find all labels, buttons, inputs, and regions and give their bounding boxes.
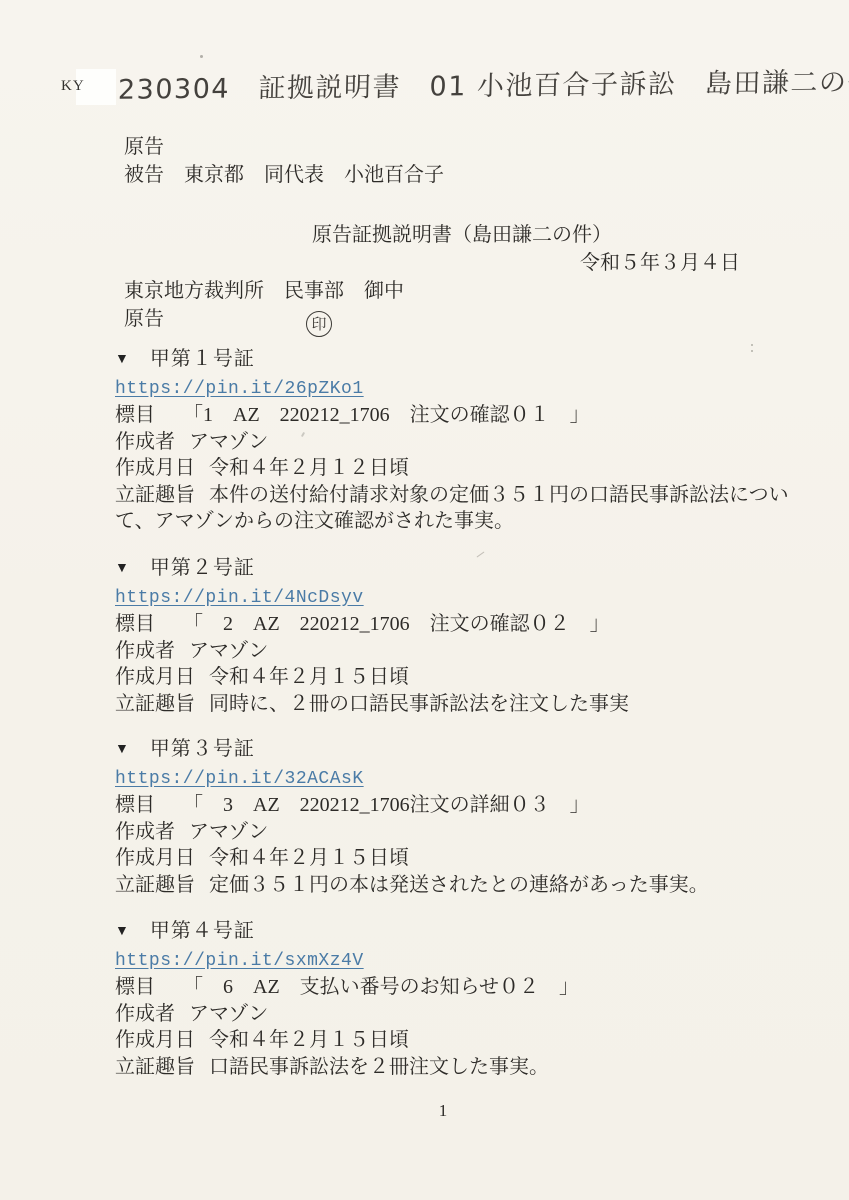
field-label: 作成月日 bbox=[115, 666, 195, 688]
field-label: 作成者 bbox=[115, 821, 175, 843]
field-label: 立証趣旨 bbox=[115, 484, 195, 506]
evidence-number: 甲第１号証 bbox=[150, 348, 255, 370]
scan-speck bbox=[751, 350, 753, 352]
evidence-number: 甲第３号証 bbox=[150, 738, 255, 760]
field-value: 令和４年２月１５日頃 bbox=[209, 666, 409, 688]
field-label: 作成者 bbox=[115, 1003, 175, 1025]
field-value: アマゾン bbox=[189, 640, 268, 662]
field-value: 令和４年２月１５日頃 bbox=[209, 847, 409, 869]
evidence-number: 甲第４号証 bbox=[150, 920, 255, 942]
field-value: 定価３５１円の本は発送されたとの連絡があった事実。 bbox=[209, 874, 709, 896]
field-label: 標目 bbox=[115, 404, 155, 426]
field-row-date: 作成月日令和４年２月１５日頃 bbox=[115, 1027, 823, 1054]
evidence-header: ▼甲第１号証 bbox=[115, 346, 823, 374]
field-value: 「 2 AZ 220212_1706 注文の確認０２ 」 bbox=[183, 613, 610, 635]
triangle-marker-icon: ▼ bbox=[115, 924, 129, 939]
seal-stamp-icon: 印 bbox=[306, 311, 332, 337]
field-value: 令和４年２月１２日頃 bbox=[209, 457, 409, 479]
field-label: 立証趣旨 bbox=[115, 874, 195, 896]
page-number: 1 bbox=[115, 1101, 771, 1121]
scan-speck bbox=[200, 55, 203, 58]
signer-line: 原告印 bbox=[124, 302, 332, 337]
evidence-header: ▼甲第２号証 bbox=[115, 555, 823, 583]
field-row-title: 標目「1 AZ 220212_1706 注文の確認０１ 」 bbox=[115, 402, 823, 429]
field-value: アマゾン bbox=[189, 431, 268, 453]
scanned-document: { "scan_header": { "stamp": "KY", "handw… bbox=[0, 0, 849, 1200]
evidence-section-4: ▼甲第４号証 https://pin.it/sxmXz4V 標目「 6 AZ 支… bbox=[115, 918, 823, 1080]
party-plaintiff-line: 原告 bbox=[124, 136, 164, 158]
evidence-url-link[interactable]: https://pin.it/4NcDsyv bbox=[115, 588, 364, 608]
field-value: アマゾン bbox=[189, 1003, 268, 1025]
evidence-link-row: https://pin.it/sxmXz4V bbox=[115, 946, 823, 975]
field-value: 本件の送付給付請求対象の定価３５１円の口語民事訴訟法について、アマゾンからの注文… bbox=[115, 484, 789, 533]
evidence-section-1: ▼甲第１号証 https://pin.it/26pZKo1 標目「1 AZ 22… bbox=[115, 346, 823, 535]
field-row-purpose: 立証趣旨同時に、２冊の口語民事訴訟法を注文した事実 bbox=[115, 691, 823, 718]
evidence-url-link[interactable]: https://pin.it/32ACAsK bbox=[115, 769, 364, 789]
signer-label: 原告 bbox=[124, 308, 164, 330]
field-label: 標目 bbox=[115, 976, 155, 998]
field-value: 同時に、２冊の口語民事訴訟法を注文した事実 bbox=[209, 693, 629, 715]
field-row-purpose: 立証趣旨口語民事訴訟法を２冊注文した事実。 bbox=[115, 1054, 823, 1081]
field-label: 作成月日 bbox=[115, 1029, 195, 1051]
field-row-purpose: 立証趣旨本件の送付給付請求対象の定価３５１円の口語民事訴訟法について、アマゾンか… bbox=[115, 482, 823, 535]
evidence-section-3: ▼甲第３号証 https://pin.it/32ACAsK 標目「 3 AZ 2… bbox=[115, 736, 823, 898]
evidence-number: 甲第２号証 bbox=[150, 557, 255, 579]
field-label: 標目 bbox=[115, 613, 155, 635]
field-row-title: 標目「 6 AZ 支払い番号のお知らせ０２ 」 bbox=[115, 974, 823, 1001]
addressee-line: 東京地方裁判所 民事部 御中 bbox=[124, 274, 404, 303]
field-value: 「1 AZ 220212_1706 注文の確認０１ 」 bbox=[183, 404, 590, 426]
handwritten-file-title: 230304 証拠説明書 01 小池百合子訴訟 島田謙二の件 bbox=[118, 60, 839, 107]
field-row-author: 作成者アマゾン bbox=[115, 1001, 823, 1028]
field-row-author: 作成者アマゾン bbox=[115, 429, 823, 456]
evidence-url-link[interactable]: https://pin.it/26pZKo1 bbox=[115, 379, 364, 399]
evidence-link-row: https://pin.it/32ACAsK bbox=[115, 764, 823, 793]
document-page: KY 230304 証拠説明書 01 小池百合子訴訟 島田謙二の件 原告 被告 … bbox=[0, 0, 849, 1200]
field-label: 作成者 bbox=[115, 640, 175, 662]
field-value: 令和４年２月１５日頃 bbox=[209, 1029, 409, 1051]
field-row-date: 作成月日令和４年２月１５日頃 bbox=[115, 664, 823, 691]
evidence-header: ▼甲第３号証 bbox=[115, 736, 823, 764]
evidence-url-link[interactable]: https://pin.it/sxmXz4V bbox=[115, 951, 364, 971]
field-label: 作成月日 bbox=[115, 457, 195, 479]
field-row-title: 標目「 2 AZ 220212_1706 注文の確認０２ 」 bbox=[115, 611, 823, 638]
field-row-date: 作成月日令和４年２月１５日頃 bbox=[115, 845, 823, 872]
document-title: 原告証拠説明書（島田謙二の件） bbox=[124, 218, 800, 247]
field-value: 「 3 AZ 220212_1706注文の詳細０３ 」 bbox=[183, 794, 590, 816]
evidence-header: ▼甲第４号証 bbox=[115, 918, 823, 946]
field-value: 「 6 AZ 支払い番号のお知らせ０２ 」 bbox=[183, 976, 579, 998]
evidence-link-row: https://pin.it/26pZKo1 bbox=[115, 374, 823, 403]
party-defendant-line: 被告 東京都 同代表 小池百合子 bbox=[124, 164, 444, 186]
scan-stamp-label: KY bbox=[61, 78, 85, 95]
evidence-link-row: https://pin.it/4NcDsyv bbox=[115, 583, 823, 612]
evidence-section-2: ▼甲第２号証 https://pin.it/4NcDsyv 標目「 2 AZ 2… bbox=[115, 555, 823, 717]
field-value: アマゾン bbox=[189, 821, 268, 843]
field-row-author: 作成者アマゾン bbox=[115, 638, 823, 665]
triangle-marker-icon: ▼ bbox=[115, 561, 129, 576]
field-row-author: 作成者アマゾン bbox=[115, 819, 823, 846]
field-label: 作成月日 bbox=[115, 847, 195, 869]
field-label: 立証趣旨 bbox=[115, 1056, 195, 1078]
scan-speck bbox=[751, 344, 753, 346]
field-label: 立証趣旨 bbox=[115, 693, 195, 715]
field-label: 作成者 bbox=[115, 431, 175, 453]
field-row-purpose: 立証趣旨定価３５１円の本は発送されたとの連絡があった事実。 bbox=[115, 872, 823, 899]
document-date: 令和５年３月４日 bbox=[124, 246, 740, 275]
triangle-marker-icon: ▼ bbox=[115, 742, 129, 757]
triangle-marker-icon: ▼ bbox=[115, 352, 129, 367]
field-row-date: 作成月日令和４年２月１２日頃 bbox=[115, 455, 823, 482]
field-row-title: 標目「 3 AZ 220212_1706注文の詳細０３ 」 bbox=[115, 792, 823, 819]
field-label: 標目 bbox=[115, 794, 155, 816]
field-value: 口語民事訴訟法を２冊注文した事実。 bbox=[209, 1056, 549, 1078]
